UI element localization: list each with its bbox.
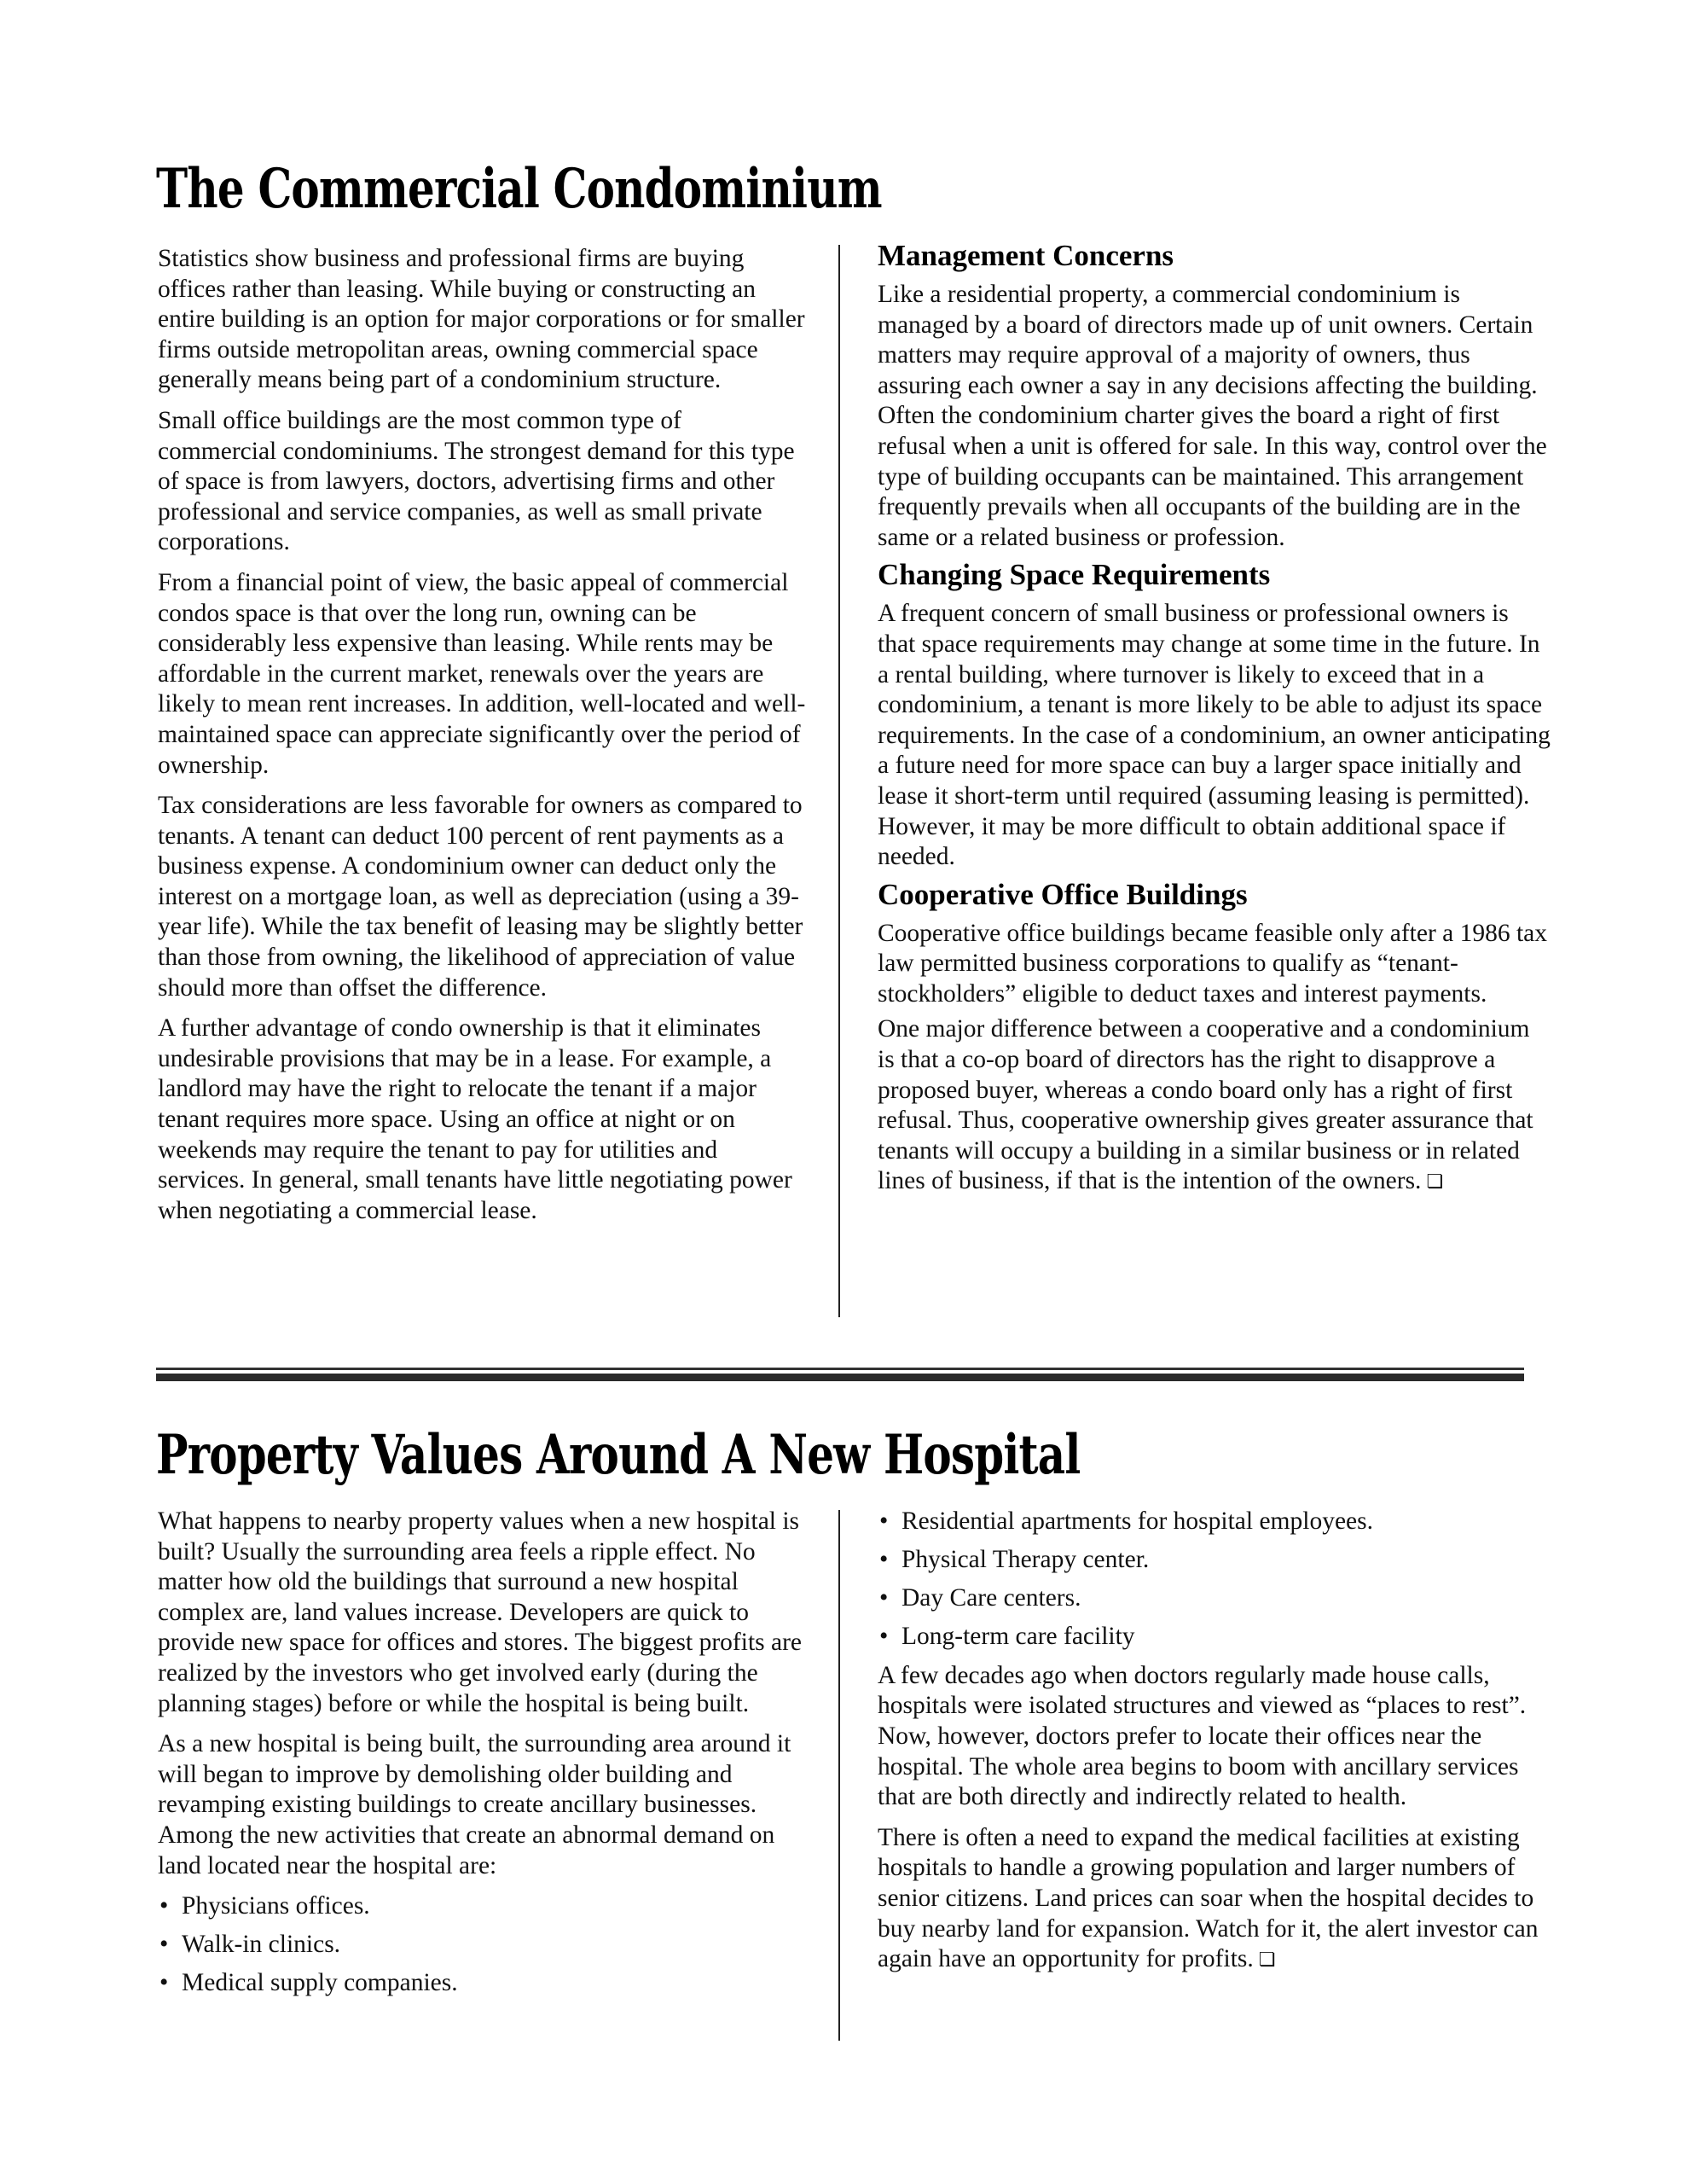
newsletter-page: The Commercial Condominium Statistics sh… [0, 0, 1687, 2184]
bullet-icon: • [879, 1583, 888, 1614]
bullet-icon: • [159, 1891, 168, 1922]
bullet-icon: • [879, 1507, 888, 1537]
subheading-changing-space-requirements: Changing Space Requirements [878, 558, 1551, 592]
list-item: •Day Care centers. [878, 1583, 1551, 1614]
article2-right-column: •Residential apartments for hospital emp… [878, 1507, 1551, 1975]
article1-right-column: Management Concerns Like a residential p… [878, 239, 1551, 1197]
bullet-list: •Physicians offices. •Walk-in clinics. •… [158, 1891, 819, 1999]
list-item: •Long-term care facility [878, 1622, 1551, 1653]
section-rule-thick [156, 1374, 1524, 1381]
paragraph: What happens to nearby property values w… [158, 1507, 819, 1719]
list-item-text: Medical supply companies. [182, 1969, 458, 1996]
paragraph: A frequent concern of small business or … [878, 599, 1551, 872]
list-item: •Medical supply companies. [158, 1968, 819, 1999]
bullet-icon: • [879, 1622, 888, 1653]
paragraph: A few decades ago when doctors regularly… [878, 1661, 1551, 1813]
paragraph-text: One major difference between a cooperati… [878, 1015, 1533, 1194]
column-divider [838, 245, 840, 1317]
bullet-icon: • [159, 1930, 168, 1960]
end-of-article-box-icon: ❏ [1426, 1170, 1443, 1192]
list-item: •Physical Therapy center. [878, 1545, 1551, 1576]
end-of-article-box-icon: ❏ [1259, 1949, 1276, 1970]
list-item-text: Physicians offices. [182, 1892, 370, 1920]
list-item-text: Physical Therapy center. [901, 1546, 1149, 1573]
bullet-icon: • [879, 1545, 888, 1576]
article-title-property-values-hospital: Property Values Around A New Hospital [156, 1428, 1081, 1483]
paragraph: Like a residential property, a commercia… [878, 280, 1551, 553]
paragraph: Statistics show business and professiona… [158, 244, 806, 396]
paragraph: Cooperative office buildings became feas… [878, 919, 1551, 1010]
list-item: •Physicians offices. [158, 1891, 819, 1922]
list-item-text: Walk-in clinics. [182, 1931, 340, 1958]
article-title-commercial-condominium: The Commercial Condominium [156, 162, 882, 217]
paragraph-with-end-mark: One major difference between a cooperati… [878, 1014, 1551, 1197]
paragraph: From a financial point of view, the basi… [158, 568, 806, 781]
section-rule-thin [156, 1368, 1524, 1370]
article1-left-column: Statistics show business and professiona… [158, 244, 806, 1226]
paragraph-with-end-mark: There is often a need to expand the medi… [878, 1823, 1551, 1975]
column-divider [838, 1510, 840, 2041]
bullet-icon: • [159, 1968, 168, 1999]
list-item-text: Long-term care facility [901, 1623, 1135, 1650]
subheading-management-concerns: Management Concerns [878, 239, 1551, 273]
list-item: •Residential apartments for hospital emp… [878, 1507, 1551, 1537]
paragraph: Tax considerations are less favorable fo… [158, 791, 806, 1003]
bullet-list: •Residential apartments for hospital emp… [878, 1507, 1551, 1653]
paragraph-text: There is often a need to expand the medi… [878, 1824, 1538, 1972]
list-item-text: Residential apartments for hospital empl… [901, 1507, 1373, 1535]
list-item-text: Day Care centers. [901, 1584, 1081, 1612]
article2-left-column: What happens to nearby property values w… [158, 1507, 819, 2007]
paragraph: Small office buildings are the most comm… [158, 406, 806, 558]
paragraph: A further advantage of condo ownership i… [158, 1014, 806, 1226]
list-item: •Walk-in clinics. [158, 1930, 819, 1960]
paragraph: As a new hospital is being built, the su… [158, 1729, 819, 1881]
subheading-cooperative-office-buildings: Cooperative Office Buildings [878, 878, 1551, 912]
